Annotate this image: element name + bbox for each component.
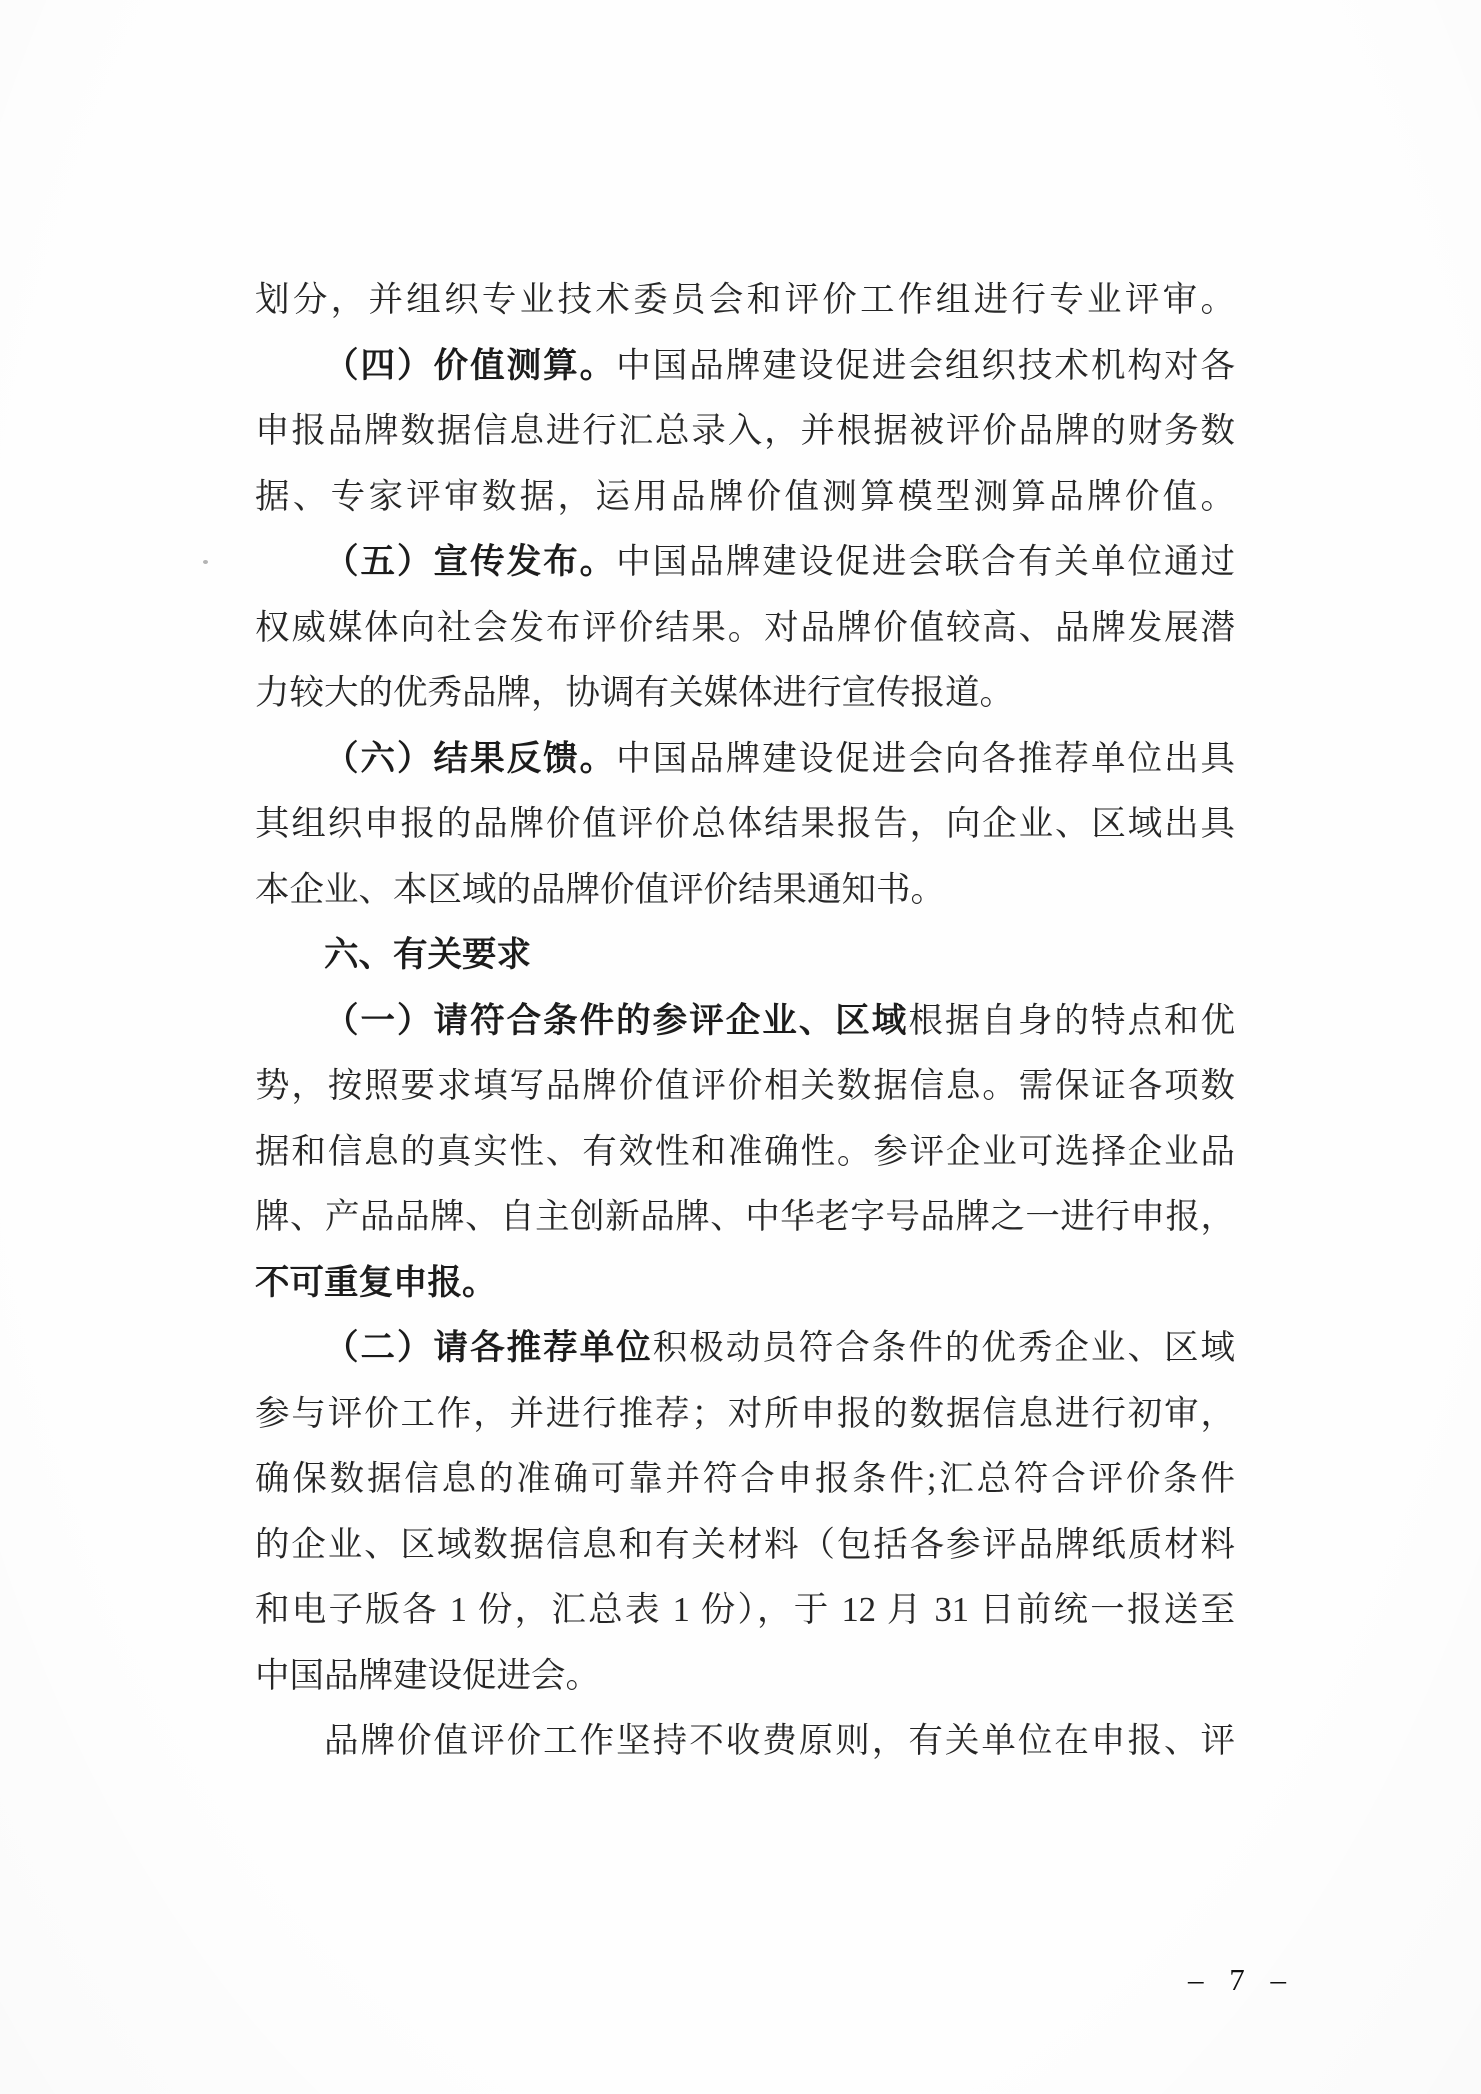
body-text: 其组织申报的品牌价值评价总体结果报告，向企业、区域出具 <box>255 805 1235 843</box>
text-line: 权威媒体向社会发布评价结果。对品牌价值较高、品牌发展潜 <box>255 596 1235 662</box>
body-text: 根据自身的特点和优 <box>908 1002 1235 1040</box>
text-line: 的企业、区域数据信息和有关材料（包括各参评品牌纸质材料 <box>255 1513 1235 1579</box>
text-line: （五）宣传发布。中国品牌建设促进会联合有关单位通过 <box>255 530 1235 596</box>
text-line: 划分，并组织专业技术委员会和评价工作组进行专业评审。 <box>255 268 1235 334</box>
text-line: 据和信息的真实性、有效性和准确性。参评企业可选择企业品 <box>255 1120 1235 1186</box>
body-text: 确保数据信息的准确可靠并符合申报条件;汇总符合评价条件 <box>255 1460 1235 1498</box>
body-text: 势，按照要求填写品牌价值评价相关数据信息。需保证各项数 <box>255 1067 1235 1105</box>
text-line: 和电子版各 1 份，汇总表 1 份），于 12 月 31 日前统一报送至 <box>255 1578 1235 1644</box>
document-body: 划分，并组织专业技术委员会和评价工作组进行专业评审。（四）价值测算。中国品牌建设… <box>255 268 1235 1775</box>
text-line: 中国品牌建设促进会。 <box>255 1644 1235 1710</box>
body-text: 划分，并组织专业技术委员会和评价工作组进行专业评审。 <box>255 281 1235 319</box>
scan-speck <box>203 560 208 564</box>
text-line: （六）结果反馈。中国品牌建设促进会向各推荐单位出具 <box>255 727 1235 793</box>
text-line: （二）请各推荐单位积极动员符合条件的优秀企业、区域 <box>255 1316 1235 1382</box>
body-text: 牌、产品品牌、自主创新品牌、中华老字号品牌之一进行申报， <box>255 1198 1235 1236</box>
text-line: 本企业、本区域的品牌价值评价结果通知书。 <box>255 858 1235 924</box>
body-text: 和电子版各 1 份，汇总表 1 份），于 12 月 31 日前统一报送至 <box>255 1591 1235 1629</box>
text-line: （四）价值测算。中国品牌建设促进会组织技术机构对各 <box>255 334 1235 400</box>
page-number: – 7 – <box>1188 1962 1289 1998</box>
body-text: 中国品牌建设促进会。 <box>255 1657 600 1695</box>
body-text: 参与评价工作，并进行推荐；对所申报的数据信息进行初审， <box>255 1395 1235 1433</box>
emphasis-text: 不可重复申报。 <box>255 1264 497 1302</box>
body-text: 本企业、本区域的品牌价值评价结果通知书。 <box>255 871 945 909</box>
text-line: 其组织申报的品牌价值评价总体结果报告，向企业、区域出具 <box>255 792 1235 858</box>
body-text: 申报品牌数据信息进行汇总录入，并根据被评价品牌的财务数 <box>255 412 1235 450</box>
body-text: 据和信息的真实性、有效性和准确性。参评企业可选择企业品 <box>255 1133 1235 1171</box>
body-text: 积极动员符合条件的优秀企业、区域 <box>653 1329 1235 1367</box>
body-text: 中国品牌建设促进会联合有关单位通过 <box>616 543 1235 581</box>
text-line: 据、专家评审数据，运用品牌价值测算模型测算品牌价值。 <box>255 465 1235 531</box>
text-line: 六、有关要求 <box>255 923 1235 989</box>
body-text: 的企业、区域数据信息和有关材料（包括各参评品牌纸质材料 <box>255 1526 1235 1564</box>
body-text: 力较大的优秀品牌，协调有关媒体进行宣传报道。 <box>255 674 1014 712</box>
text-line: 品牌价值评价工作坚持不收费原则，有关单位在申报、评 <box>255 1709 1235 1775</box>
body-text: 中国品牌建设促进会组织技术机构对各 <box>616 347 1235 385</box>
body-text: 权威媒体向社会发布评价结果。对品牌价值较高、品牌发展潜 <box>255 609 1235 647</box>
text-line: 参与评价工作，并进行推荐；对所申报的数据信息进行初审， <box>255 1382 1235 1448</box>
emphasis-text: （一）请符合条件的参评企业、区域 <box>324 1002 908 1040</box>
text-line: 确保数据信息的准确可靠并符合申报条件;汇总符合评价条件 <box>255 1447 1235 1513</box>
body-text: 中国品牌建设促进会向各推荐单位出具 <box>616 740 1235 778</box>
text-line: （一）请符合条件的参评企业、区域根据自身的特点和优 <box>255 989 1235 1055</box>
text-line: 不可重复申报。 <box>255 1251 1235 1317</box>
body-text: 品牌价值评价工作坚持不收费原则，有关单位在申报、评 <box>324 1722 1235 1760</box>
scanned-page: 划分，并组织专业技术委员会和评价工作组进行专业评审。（四）价值测算。中国品牌建设… <box>0 0 1481 2094</box>
emphasis-text: （五）宣传发布。 <box>324 543 616 581</box>
emphasis-text: （四）价值测算。 <box>324 347 616 385</box>
text-line: 牌、产品品牌、自主创新品牌、中华老字号品牌之一进行申报， <box>255 1185 1235 1251</box>
body-text: 据、专家评审数据，运用品牌价值测算模型测算品牌价值。 <box>255 478 1235 516</box>
text-line: 申报品牌数据信息进行汇总录入，并根据被评价品牌的财务数 <box>255 399 1235 465</box>
text-line: 力较大的优秀品牌，协调有关媒体进行宣传报道。 <box>255 661 1235 727</box>
text-line: 势，按照要求填写品牌价值评价相关数据信息。需保证各项数 <box>255 1054 1235 1120</box>
emphasis-text: （二）请各推荐单位 <box>324 1329 653 1367</box>
emphasis-text: 六、有关要求 <box>324 936 531 974</box>
emphasis-text: （六）结果反馈。 <box>324 740 616 778</box>
